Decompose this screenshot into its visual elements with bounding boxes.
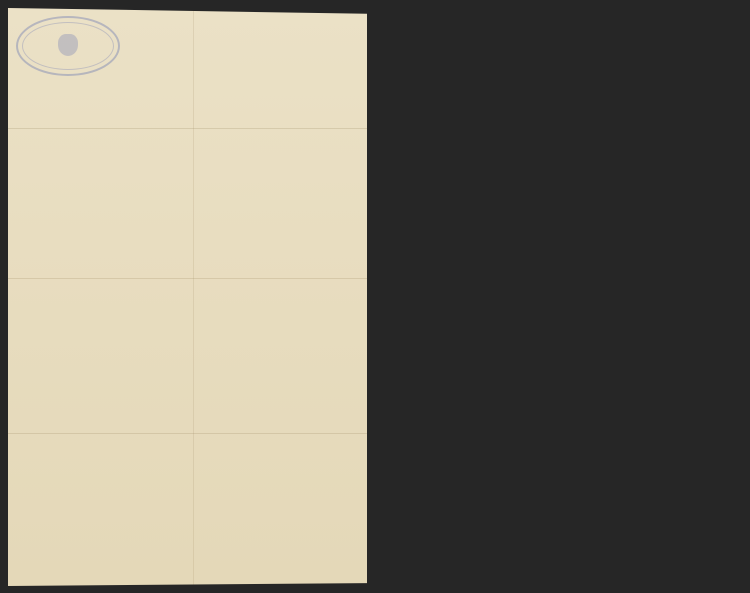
- coat-of-arms-icon: [58, 34, 78, 56]
- paper-fold: [193, 8, 194, 586]
- official-stamp: [16, 16, 120, 76]
- paper-fold: [8, 278, 367, 279]
- letter-page: [8, 8, 367, 586]
- paper-fold: [8, 433, 367, 434]
- paper-fold: [8, 128, 367, 129]
